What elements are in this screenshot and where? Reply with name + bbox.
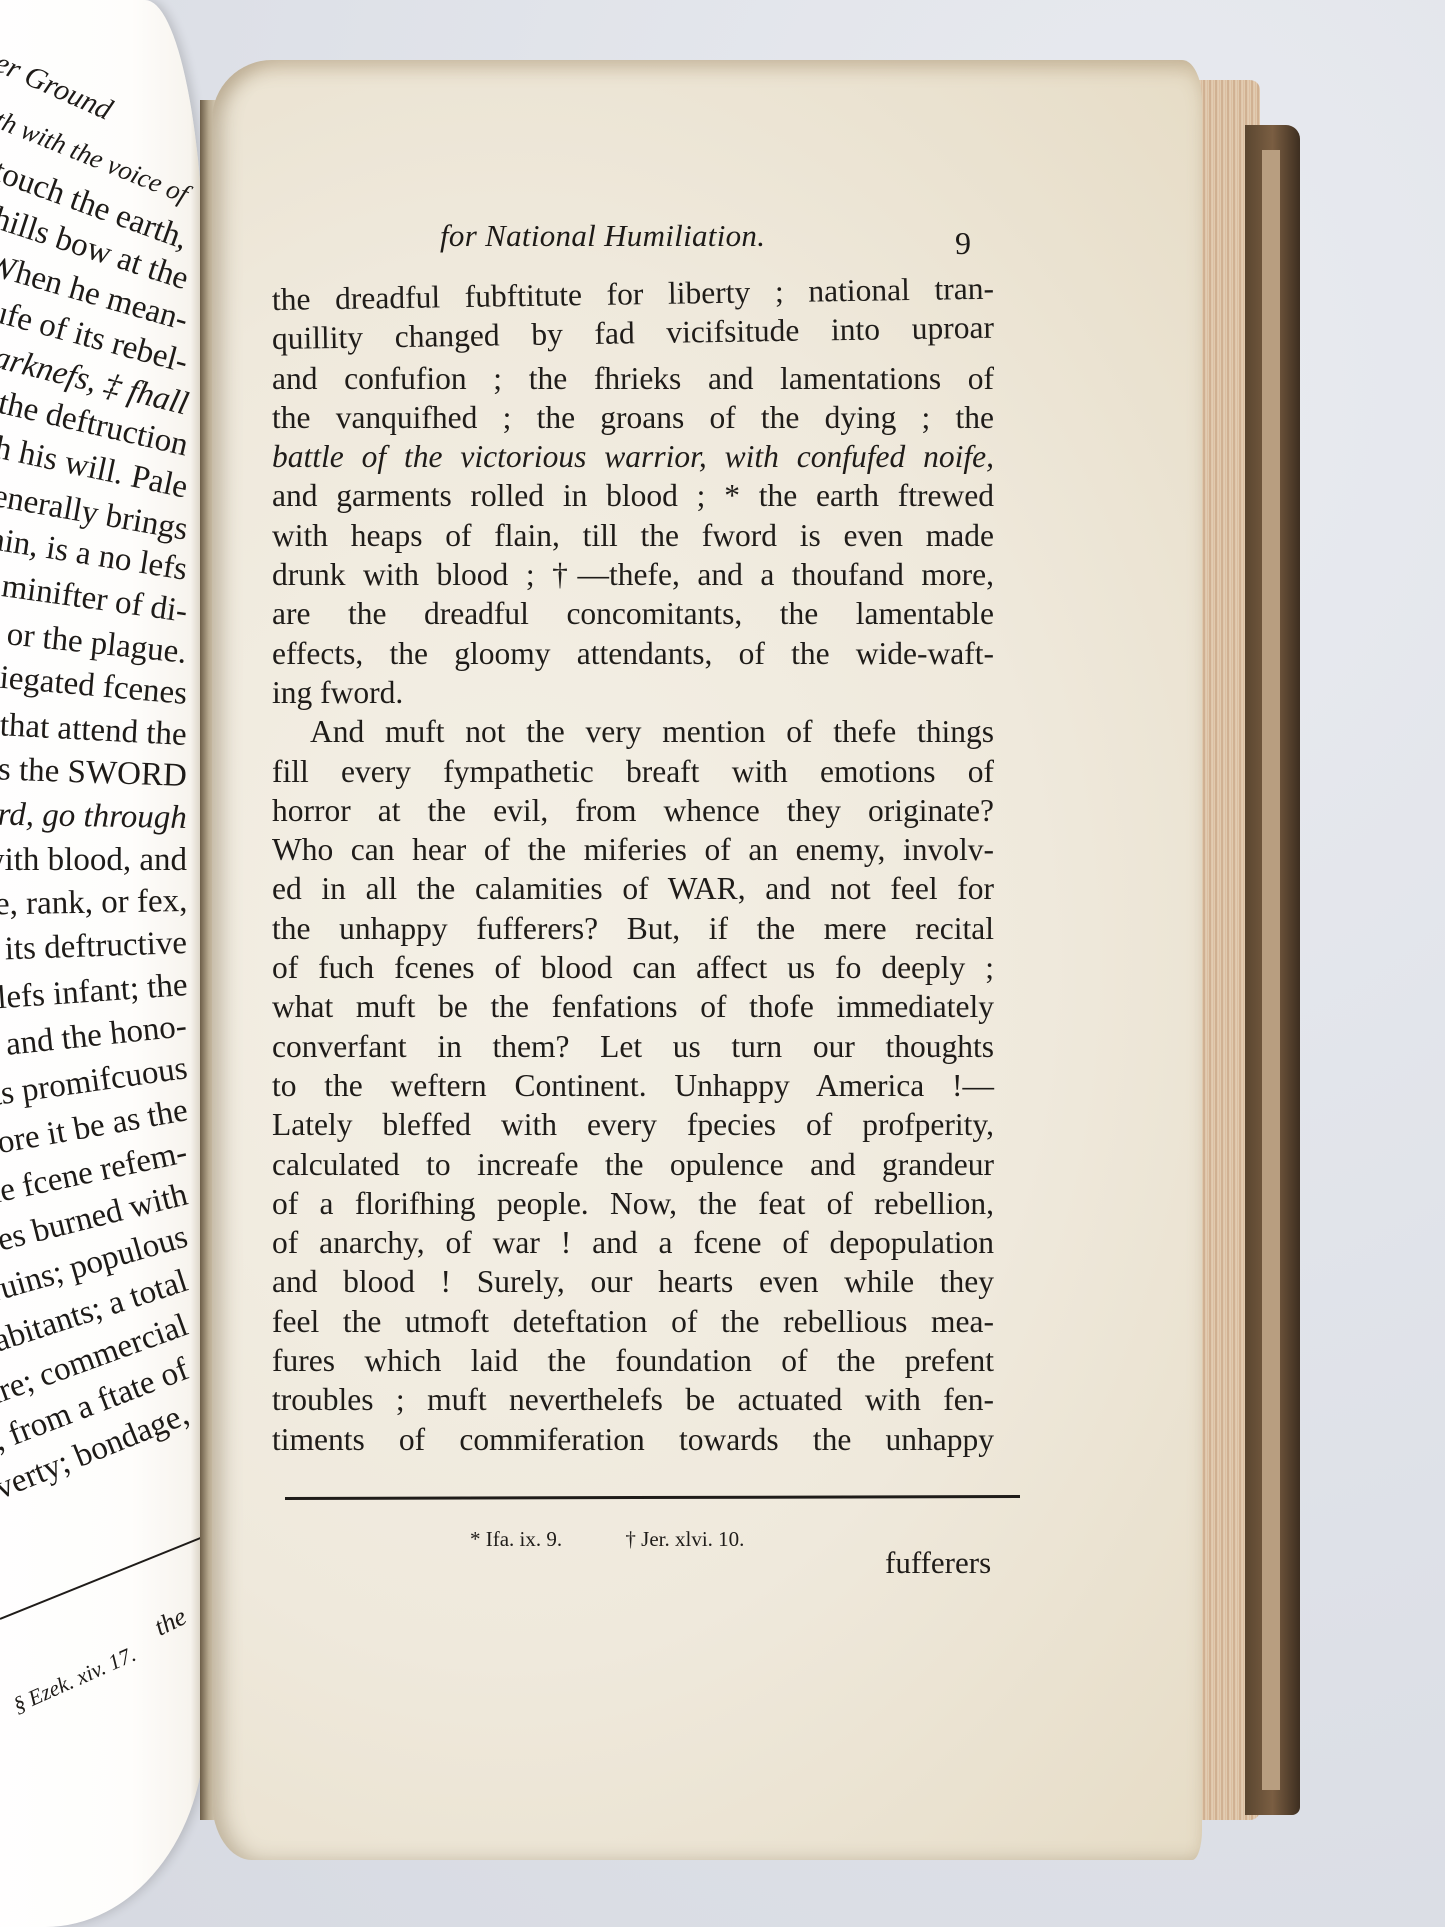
left-line: D gives the SWORD: [0, 748, 188, 795]
text-line: and confufion ; the fhrieks and lamentat…: [272, 359, 994, 398]
text-line: Who can hear of the miferies of an enemy…: [272, 830, 994, 869]
left-line: o age, rank, or fex,: [0, 883, 187, 924]
text-line: feel the utmoft deteftation of the rebel…: [272, 1302, 994, 1341]
text-line: converfant in them? Let us turn our thou…: [272, 1027, 994, 1066]
body-text: the dreadful fubftitute for liberty ; na…: [272, 280, 994, 1459]
text-line: troubles ; muft neverthelefs be actuated…: [272, 1380, 994, 1419]
text-line: effects, the gloomy attendants, of the w…: [272, 634, 994, 673]
text-line: horror at the evil, from whence they ori…: [272, 791, 994, 830]
text-line: to the weftern Continent. Unhappy Americ…: [272, 1066, 994, 1105]
left-page: roper Ground reth with the voice of t to…: [0, 0, 205, 1927]
text-line: the unhappy fufferers? But, if the mere …: [272, 909, 994, 948]
footnote-jeremiah: † Jer. xlvi. 10.: [625, 1527, 744, 1551]
footnote-isaiah: * Ifa. ix. 9.: [470, 1527, 562, 1551]
text-line: and garments rolled in blood ; * the ear…: [272, 476, 994, 515]
text-line: and blood ! Surely, our hearts even whil…: [272, 1262, 994, 1301]
text-line: ed in all the calamities of WAR, and not…: [272, 869, 994, 908]
left-line: “ Sword, go through: [0, 795, 187, 837]
text-line: fures which laid the foundation of the p…: [272, 1341, 994, 1380]
text-line: ing fword.: [272, 673, 994, 712]
footnotes: * Ifa. ix. 9. † Jer. xlvi. 10.: [470, 1527, 802, 1552]
text-line: timents of commiferation towards the unh…: [272, 1420, 994, 1459]
cover-endpaper: [1262, 150, 1280, 1790]
text-line: of fuch fcenes of blood can affect us fo…: [272, 948, 994, 987]
text-line: are the dreadful concomitants, the lamen…: [272, 594, 994, 633]
text-line: And muft not the very mention of thefe t…: [272, 712, 994, 751]
text-line: drunk with blood ; †—thefe, and a thoufa…: [272, 555, 994, 594]
left-catchword: the: [150, 1602, 192, 1643]
page-number: 9: [955, 225, 971, 262]
text-line: calculated to increafe the opulence and …: [272, 1145, 994, 1184]
text-line: Lately bleffed with every fpecies of pro…: [272, 1105, 994, 1144]
text-line: what muft be the fenfations of thofe imm…: [272, 987, 994, 1026]
text-line: with heaps of flain, till the fword is e…: [272, 516, 994, 555]
text-line: the vanquifhed ; the groans of the dying…: [272, 398, 994, 437]
left-line: e of its deftructive: [0, 925, 188, 970]
catchword: fufferers: [885, 1545, 991, 1581]
text-line: battle of the victorious warrior, with c…: [272, 437, 994, 476]
running-head: for National Humiliation.: [440, 218, 765, 254]
left-line: pe, that attend the: [0, 705, 188, 754]
text-line: of anarchy, of war ! and a fcene of depo…: [272, 1223, 994, 1262]
text-line: fill every fympathetic breaft with emoti…: [272, 752, 994, 791]
text-line: of a florifhing people. Now, the feat of…: [272, 1184, 994, 1223]
left-line: ed with blood, and: [0, 842, 187, 879]
left-footnote: § Ezek. xiv. 17.: [10, 1641, 141, 1718]
